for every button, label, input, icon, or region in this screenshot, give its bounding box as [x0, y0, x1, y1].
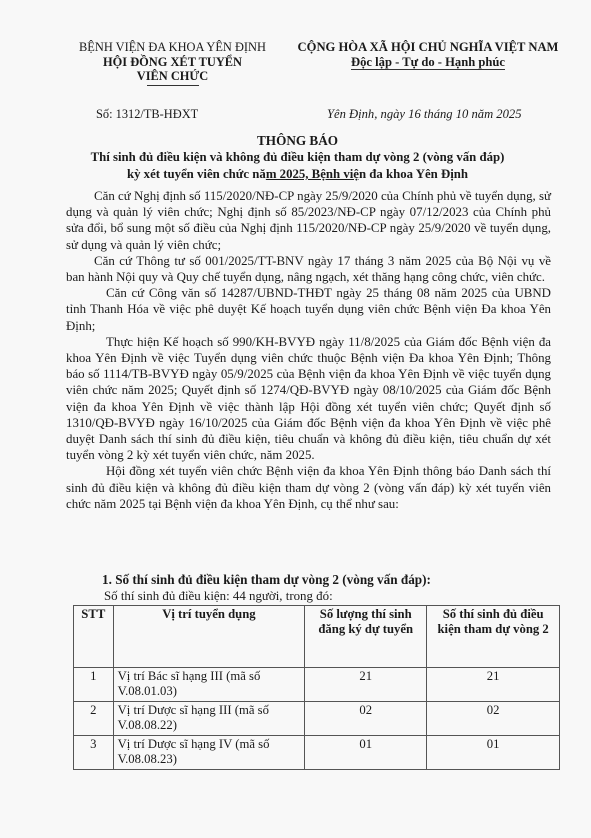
document-number: Số: 1312/TB-HĐXT [96, 107, 198, 122]
subtitle-part: kỳ xét tuyển viên chức nă [127, 167, 266, 181]
paragraph: Hội đồng xét tuyển viên chức Bệnh viện đ… [66, 463, 551, 512]
cell-eligible: 01 [427, 736, 560, 770]
place-and-date: Yên Định, ngày 16 tháng 10 năm 2025 [327, 107, 522, 122]
council-name-line2: VIÊN CHỨC [60, 69, 285, 84]
document-subtitle-line1: Thí sinh đủ điều kiện và không đủ điều k… [60, 150, 535, 165]
cell-registered: 21 [305, 668, 427, 702]
header-divider [147, 85, 199, 86]
national-motto: Độc lập - Tự do - Hạnh phúc [351, 55, 505, 70]
table-header-row: STT Vị trí tuyển dụng Số lượng thí sinh … [74, 606, 560, 668]
issuing-body-block: BỆNH VIỆN ĐA KHOA YÊN ĐỊNH HỘI ĐỒNG XÉT … [60, 40, 285, 86]
council-name-line1: HỘI ĐỒNG XÉT TUYỂN [60, 55, 285, 70]
cell-registered: 01 [305, 736, 427, 770]
table-row: 2 Vị trí Dược sĩ hạng III (mã số V.08.08… [74, 702, 560, 736]
cell-position: Vị trí Bác sĩ hạng III (mã số V.08.01.03… [113, 668, 305, 702]
eligible-candidates-table: STT Vị trí tuyển dụng Số lượng thí sinh … [73, 605, 560, 770]
table-row: 3 Vị trí Dược sĩ hạng IV (mã số V.08.08.… [74, 736, 560, 770]
cell-eligible: 02 [427, 702, 560, 736]
cell-eligible: 21 [427, 668, 560, 702]
eligible-count: Số thí sinh đủ điều kiện: 44 người, tron… [104, 589, 333, 604]
legal-basis-text: Căn cứ Nghị định số 115/2020/NĐ-CP ngày … [66, 188, 551, 512]
paragraph: Căn cứ Công văn số 14287/UBND-THĐT ngày … [66, 285, 551, 334]
subtitle-underlined-part: m 2025, Bệnh việ [266, 167, 359, 181]
paragraph: Căn cứ Nghị định số 115/2020/NĐ-CP ngày … [66, 188, 551, 253]
cell-stt: 2 [74, 702, 114, 736]
cell-position: Vị trí Dược sĩ hạng III (mã số V.08.08.2… [113, 702, 305, 736]
subtitle-part: n đa khoa Yên Định [359, 167, 468, 181]
column-header-registered: Số lượng thí sinh đăng ký dự tuyển [305, 606, 427, 668]
column-header-stt: STT [74, 606, 114, 668]
cell-stt: 3 [74, 736, 114, 770]
column-header-eligible: Số thí sinh đủ điều kiện tham dự vòng 2 [427, 606, 560, 668]
column-header-position: Vị trí tuyển dụng [113, 606, 305, 668]
hospital-name: BỆNH VIỆN ĐA KHOA YÊN ĐỊNH [60, 40, 285, 55]
nation-name: CỘNG HÒA XÃ HỘI CHỦ NGHĨA VIỆT NAM [278, 40, 578, 55]
document-page: BỆNH VIỆN ĐA KHOA YÊN ĐỊNH HỘI ĐỒNG XÉT … [0, 0, 591, 838]
cell-position: Vị trí Dược sĩ hạng IV (mã số V.08.08.23… [113, 736, 305, 770]
document-subtitle-line2: kỳ xét tuyển viên chức năm 2025, Bệnh vi… [60, 167, 535, 182]
national-header-block: CỘNG HÒA XÃ HỘI CHỦ NGHĨA VIỆT NAM Độc l… [278, 40, 578, 70]
section-heading: 1. Số thí sinh đủ điều kiện tham dự vòng… [102, 572, 431, 588]
table-row: 1 Vị trí Bác sĩ hạng III (mã số V.08.01.… [74, 668, 560, 702]
paragraph: Căn cứ Thông tư số 001/2025/TT-BNV ngày … [66, 253, 551, 285]
cell-registered: 02 [305, 702, 427, 736]
cell-stt: 1 [74, 668, 114, 702]
paragraph: Thực hiện Kế hoạch số 990/KH-BVYĐ ngày 1… [66, 334, 551, 464]
document-title: THÔNG BÁO [60, 133, 535, 149]
